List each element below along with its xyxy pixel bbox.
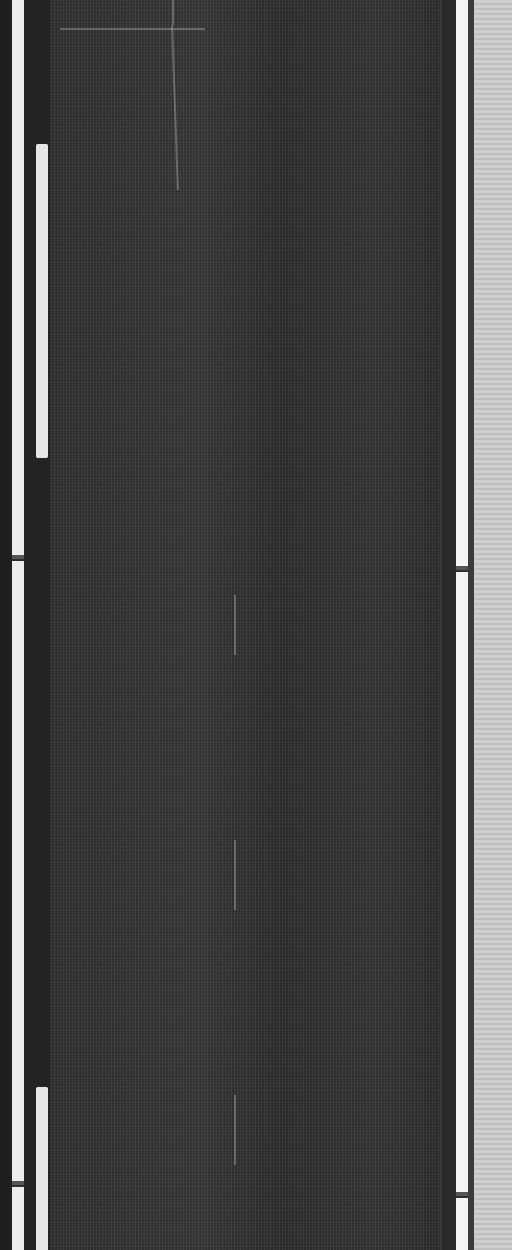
line-gap [12,1181,24,1185]
right-edge-line [456,0,468,566]
road-scene [0,0,512,1250]
line-gap [12,555,24,559]
lane-dash [36,1087,48,1250]
left-shoulder [0,0,12,1250]
left-edge-line [12,1187,24,1250]
pavement-crack [234,1095,236,1165]
lane-dash [36,144,48,458]
line-gap [456,566,468,570]
pavement-crack [172,0,174,25]
pavement-crack [234,595,236,655]
right-edge-line [456,1198,468,1250]
left-edge-line [12,561,24,1181]
sidewalk [474,0,512,1250]
right-edge-line [456,572,468,1192]
pavement-crack [234,840,236,910]
left-edge-line [12,0,24,555]
line-gap [456,1192,468,1196]
asphalt-texture [0,0,512,1250]
pavement-crack [60,28,205,30]
